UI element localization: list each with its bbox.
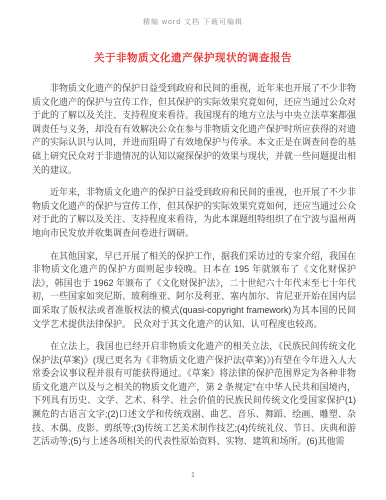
paragraph-survey: 近年来，非物质文化遗产的保护日益受到政府和民间的重视，也开展了不少非物质文化遗产… xyxy=(32,186,356,240)
paragraph-legislation: 在立法上，我国也已经开启非物质文化遗产的相关立法，《民族民间传统文化保护法(草案… xyxy=(32,340,356,449)
document-body: 非物质文化遗产的保护日益受到政府和民间的重视，近年来也开展了不少非物质文化遗产的… xyxy=(32,82,356,458)
page-number: 1 xyxy=(0,470,386,479)
paragraph-intro: 非物质文化遗产的保护日益受到政府和民间的重视，近年来也开展了不少非物质文化遗产的… xyxy=(32,82,356,177)
header-watermark-text: 精编 word 文档 下载可编辑 xyxy=(0,17,386,27)
document-page: 精编 word 文档 下载可编辑 关于非物质文化遗产保护现状的调查报告 非物质文… xyxy=(0,0,386,500)
paragraph-other-countries: 在其他国家，早已开展了相关的保护工作，据我们采访过的专家介绍，我国在非物质文化遗… xyxy=(32,250,356,332)
document-title: 关于非物质文化遗产保护现状的调查报告 xyxy=(0,50,386,65)
